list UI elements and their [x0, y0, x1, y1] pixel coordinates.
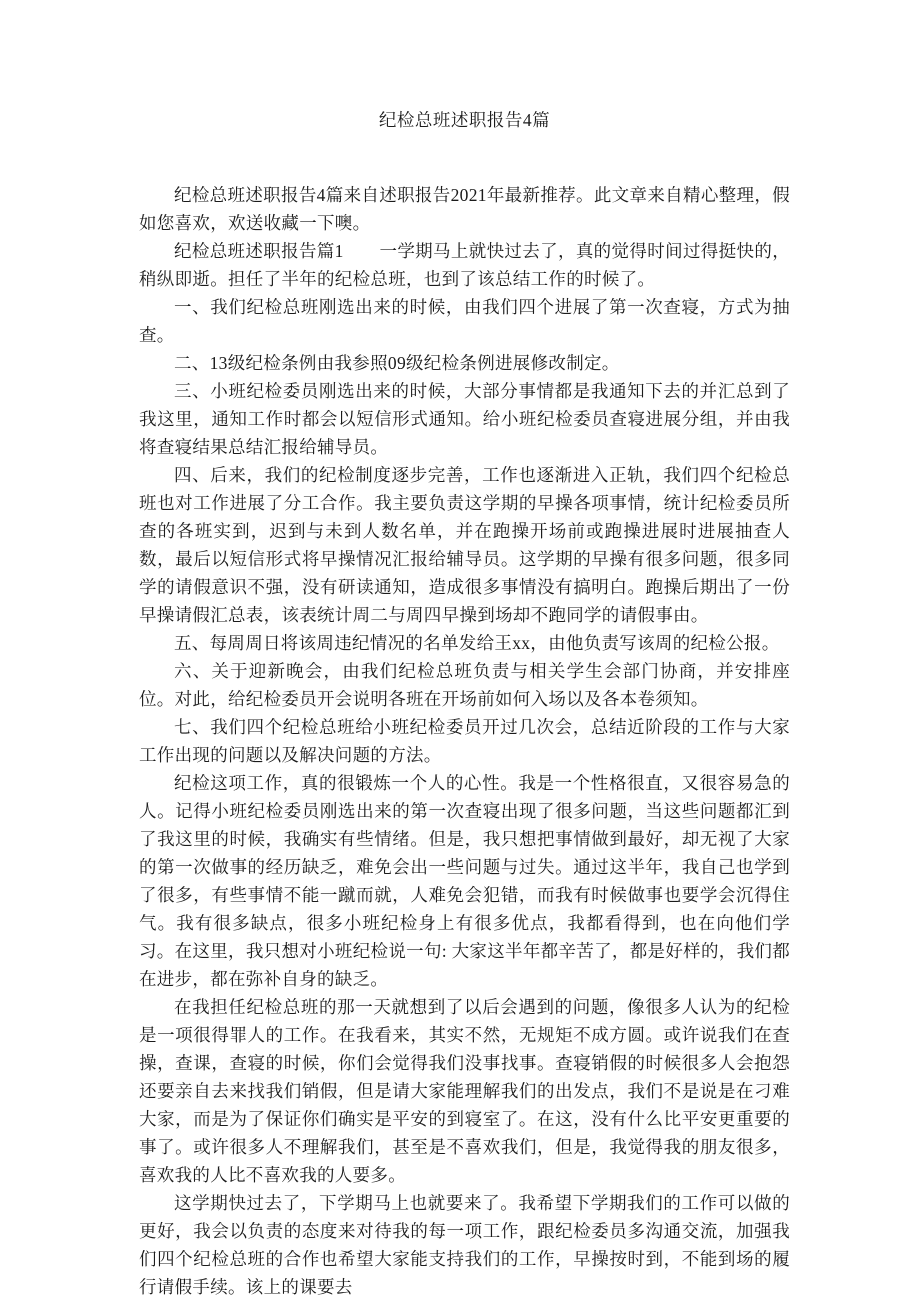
document-page: 纪检总班述职报告4篇 纪检总班述职报告4篇来自述职报告2021年最新推荐。此文章…	[0, 0, 920, 1302]
paragraph-attitude: 在我担任纪检总班的那一天就想到了以后会遇到的问题，像很多人认为的纪检是一项很得罪…	[139, 993, 790, 1189]
paragraph-item-4: 四、后来，我们的纪检制度逐步完善，工作也逐渐进入正轨，我们四个纪检总班也对工作进…	[139, 461, 790, 629]
paragraph-item-2: 二、13级纪检条例由我参照09级纪检条例进展修改制定。	[139, 349, 790, 377]
paragraph-intro: 纪检总班述职报告4篇来自述职报告2021年最新推荐。此文章来自精心整理，假如您喜…	[139, 181, 790, 237]
paragraph-item-5: 五、每周周日将该周违纪情况的名单发给王xx，由他负责写该周的纪检公报。	[139, 629, 790, 657]
paragraph-item-6: 六、关于迎新晚会，由我们纪检总班负责与相关学生会部门协商，并安排座位。对此，给纪…	[139, 657, 790, 713]
paragraph-item-7: 七、我们四个纪检总班给小班纪检委员开过几次会，总结近阶段的工作与大家工作出现的问…	[139, 713, 790, 769]
document-title: 纪检总班述职报告4篇	[139, 106, 790, 134]
paragraph-item-1: 一、我们纪检总班刚选出来的时候，由我们四个进展了第一次查寝，方式为抽查。	[139, 293, 790, 349]
document-body: 纪检总班述职报告4篇来自述职报告2021年最新推荐。此文章来自精心整理，假如您喜…	[139, 181, 790, 1301]
paragraph-outlook: 这学期快过去了，下学期马上也就要来了。我希望下学期我们的工作可以做的更好，我会以…	[139, 1189, 790, 1301]
paragraph-report-1: 纪检总班述职报告篇1 一学期马上就快过去了，真的觉得时间过得挺快的，稍纵即逝。担…	[139, 237, 790, 293]
paragraph-item-3: 三、小班纪检委员刚选出来的时候，大部分事情都是我通知下去的并汇总到了我这里，通知…	[139, 377, 790, 461]
paragraph-reflection: 纪检这项工作，真的很锻炼一个人的心性。我是一个性格很直，又很容易急的人。记得小班…	[139, 769, 790, 993]
